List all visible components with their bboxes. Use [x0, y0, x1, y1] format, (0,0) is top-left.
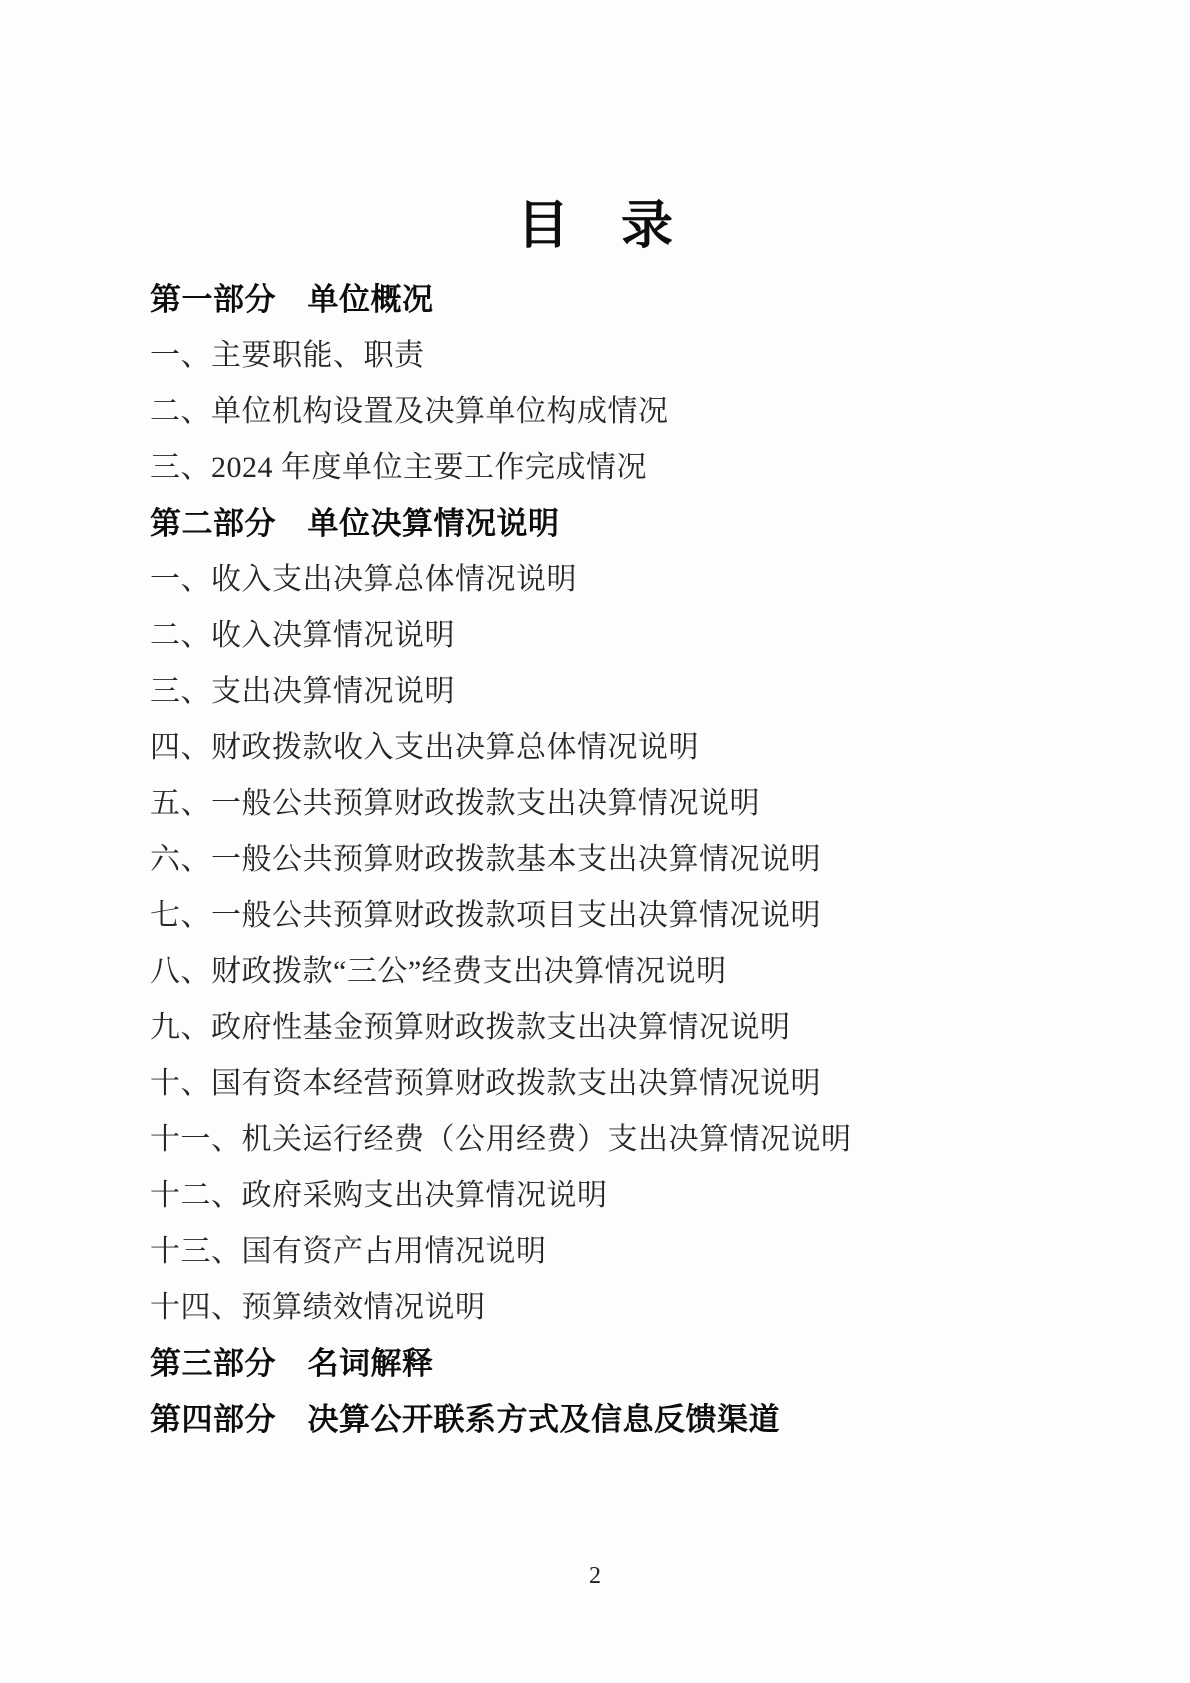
toc-item: 二、单位机构设置及决算单位构成情况 — [150, 384, 1140, 440]
toc-item: 六、一般公共预算财政拨款基本支出决算情况说明 — [150, 832, 1140, 888]
toc-section-heading: 第三部分 名词解释 — [150, 1336, 1140, 1392]
toc-section-heading: 第一部分 单位概况 — [150, 272, 1140, 328]
toc-list: 第一部分 单位概况一、主要职能、职责二、单位机构设置及决算单位构成情况三、202… — [150, 272, 1140, 1448]
page-number: 2 — [0, 1562, 1190, 1590]
toc-item: 十、国有资本经营预算财政拨款支出决算情况说明 — [150, 1056, 1140, 1112]
document-page: 目 录 第一部分 单位概况一、主要职能、职责二、单位机构设置及决算单位构成情况三… — [0, 0, 1190, 1683]
toc-item: 九、政府性基金预算财政拨款支出决算情况说明 — [150, 1000, 1140, 1056]
page-title: 目 录 — [0, 200, 1190, 254]
toc-item: 一、收入支出决算总体情况说明 — [150, 552, 1140, 608]
toc-item: 一、主要职能、职责 — [150, 328, 1140, 384]
toc-item: 十二、政府采购支出决算情况说明 — [150, 1168, 1140, 1224]
toc-item: 十四、预算绩效情况说明 — [150, 1280, 1140, 1336]
toc-item: 七、一般公共预算财政拨款项目支出决算情况说明 — [150, 888, 1140, 944]
toc-item: 四、财政拨款收入支出决算总体情况说明 — [150, 720, 1140, 776]
toc-item: 五、一般公共预算财政拨款支出决算情况说明 — [150, 776, 1140, 832]
toc-section-heading: 第二部分 单位决算情况说明 — [150, 496, 1140, 552]
toc-item: 二、收入决算情况说明 — [150, 608, 1140, 664]
toc-item: 三、2024 年度单位主要工作完成情况 — [150, 440, 1140, 496]
toc-item: 八、财政拨款“三公”经费支出决算情况说明 — [150, 944, 1140, 1000]
toc-item: 十一、机关运行经费（公用经费）支出决算情况说明 — [150, 1112, 1140, 1168]
toc-item: 三、支出决算情况说明 — [150, 664, 1140, 720]
toc-section-heading: 第四部分 决算公开联系方式及信息反馈渠道 — [150, 1392, 1140, 1448]
toc-item: 十三、国有资产占用情况说明 — [150, 1224, 1140, 1280]
